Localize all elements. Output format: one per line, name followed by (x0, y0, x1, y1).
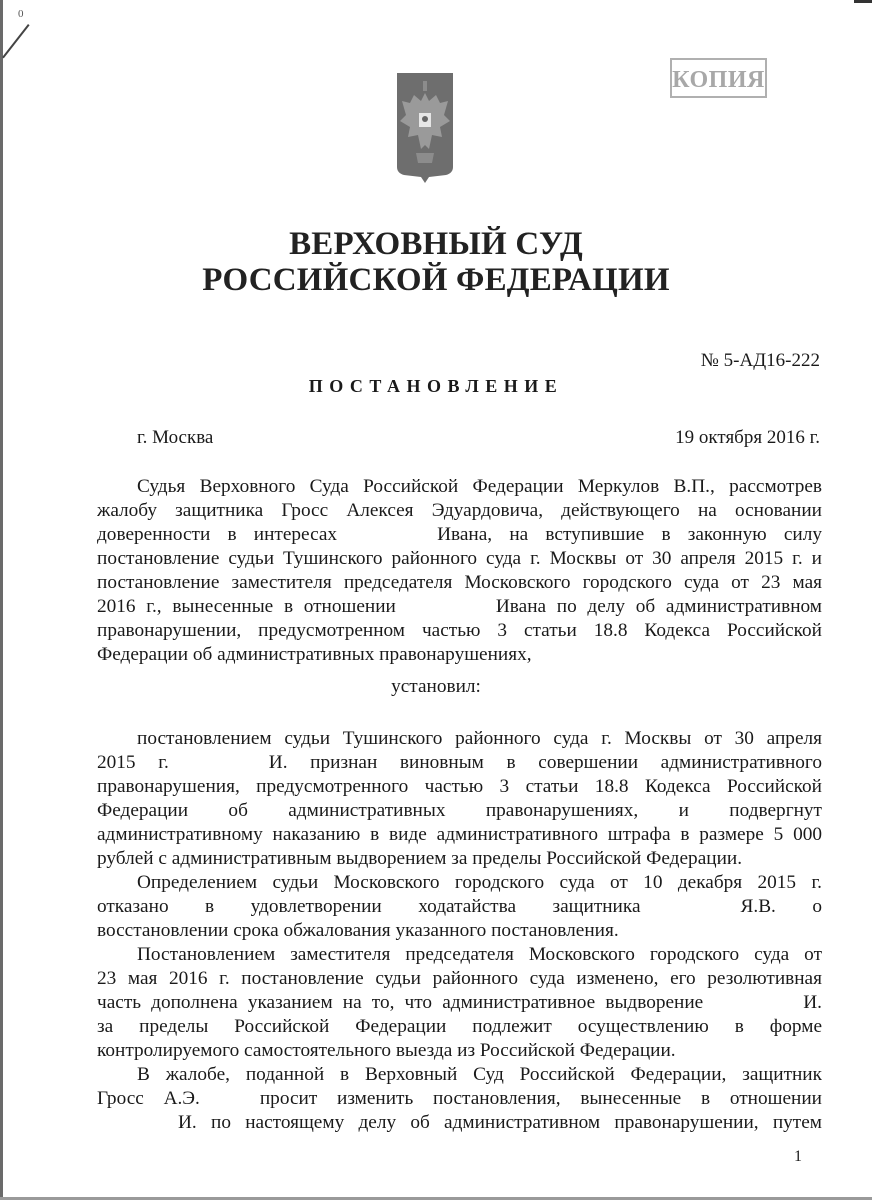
text-line: Федерации об административных правонаруш… (97, 799, 822, 823)
text-line: Определением судьи Московского городског… (137, 871, 822, 895)
page-number: 1 (794, 1148, 802, 1166)
text-line: В жалобе, поданной в Верховный Суд Росси… (137, 1063, 822, 1087)
text-line: Постановлением заместителя председателя … (137, 943, 822, 967)
text-line: И. по настоящему делу об административно… (178, 1111, 822, 1135)
text-line: административному наказанию в виде админ… (97, 823, 822, 847)
court-name-line-2: РОССИЙСКОЙ ФЕДЕРАЦИИ (0, 262, 872, 299)
scan-edge-left (0, 0, 3, 1200)
case-number: № 5-АД16-222 (701, 350, 820, 372)
margin-mark-zero: 0 (18, 8, 24, 20)
text-line: 2015 г.И. признан виновным в совершении … (97, 751, 822, 775)
text-line: доверенности в интересахИвана, на вступи… (97, 523, 822, 547)
text-line: постановлением судьи Тушинского районног… (137, 727, 822, 751)
text-line: жалобу защитника Гросс Алексея Эдуардови… (97, 499, 822, 523)
text-line: Судья Верховного Суда Российской Федерац… (137, 475, 822, 499)
document-type: ПОСТАНОВЛЕНИЕ (0, 376, 872, 397)
text-line: постановление судьи Тушинского районного… (97, 547, 822, 571)
text-line: восстановлении срока обжалования указанн… (97, 919, 822, 943)
text-line: 23 мая 2016 г. постановление судьи район… (97, 967, 822, 991)
text-line: постановление заместителя председателя М… (97, 571, 822, 595)
text-line: 2016 г., вынесенные в отношенииИвана по … (97, 595, 822, 619)
established-heading: установил: (0, 676, 872, 698)
text-line: контролируемого самостоятельного выезда … (97, 1039, 822, 1063)
text-line: рублей с административным выдворением за… (97, 847, 822, 871)
text-line: часть дополнена указанием на то, что адм… (97, 991, 822, 1015)
text-line: Гросс А.Э.просит изменить постановления,… (97, 1087, 822, 1111)
scan-edge-top-right (854, 0, 872, 3)
margin-mark-slash (2, 24, 29, 58)
text-line: за пределы Российской Федерации подлежит… (97, 1015, 822, 1039)
text-line: правонарушении, предусмотренном частью 3… (97, 619, 822, 643)
text-line: Федерации об административных правонаруш… (97, 643, 822, 667)
copy-stamp: КОПИЯ (670, 58, 767, 98)
text-line: отказано в удовлетворении ходатайства за… (97, 895, 822, 919)
text-line: правонарушения, предусмотренного частью … (97, 775, 822, 799)
court-name-line-1: ВЕРХОВНЫЙ СУД (0, 226, 872, 263)
document-date: 19 октября 2016 г. (675, 427, 820, 449)
coat-of-arms-icon (396, 71, 454, 183)
city: г. Москва (137, 427, 213, 449)
